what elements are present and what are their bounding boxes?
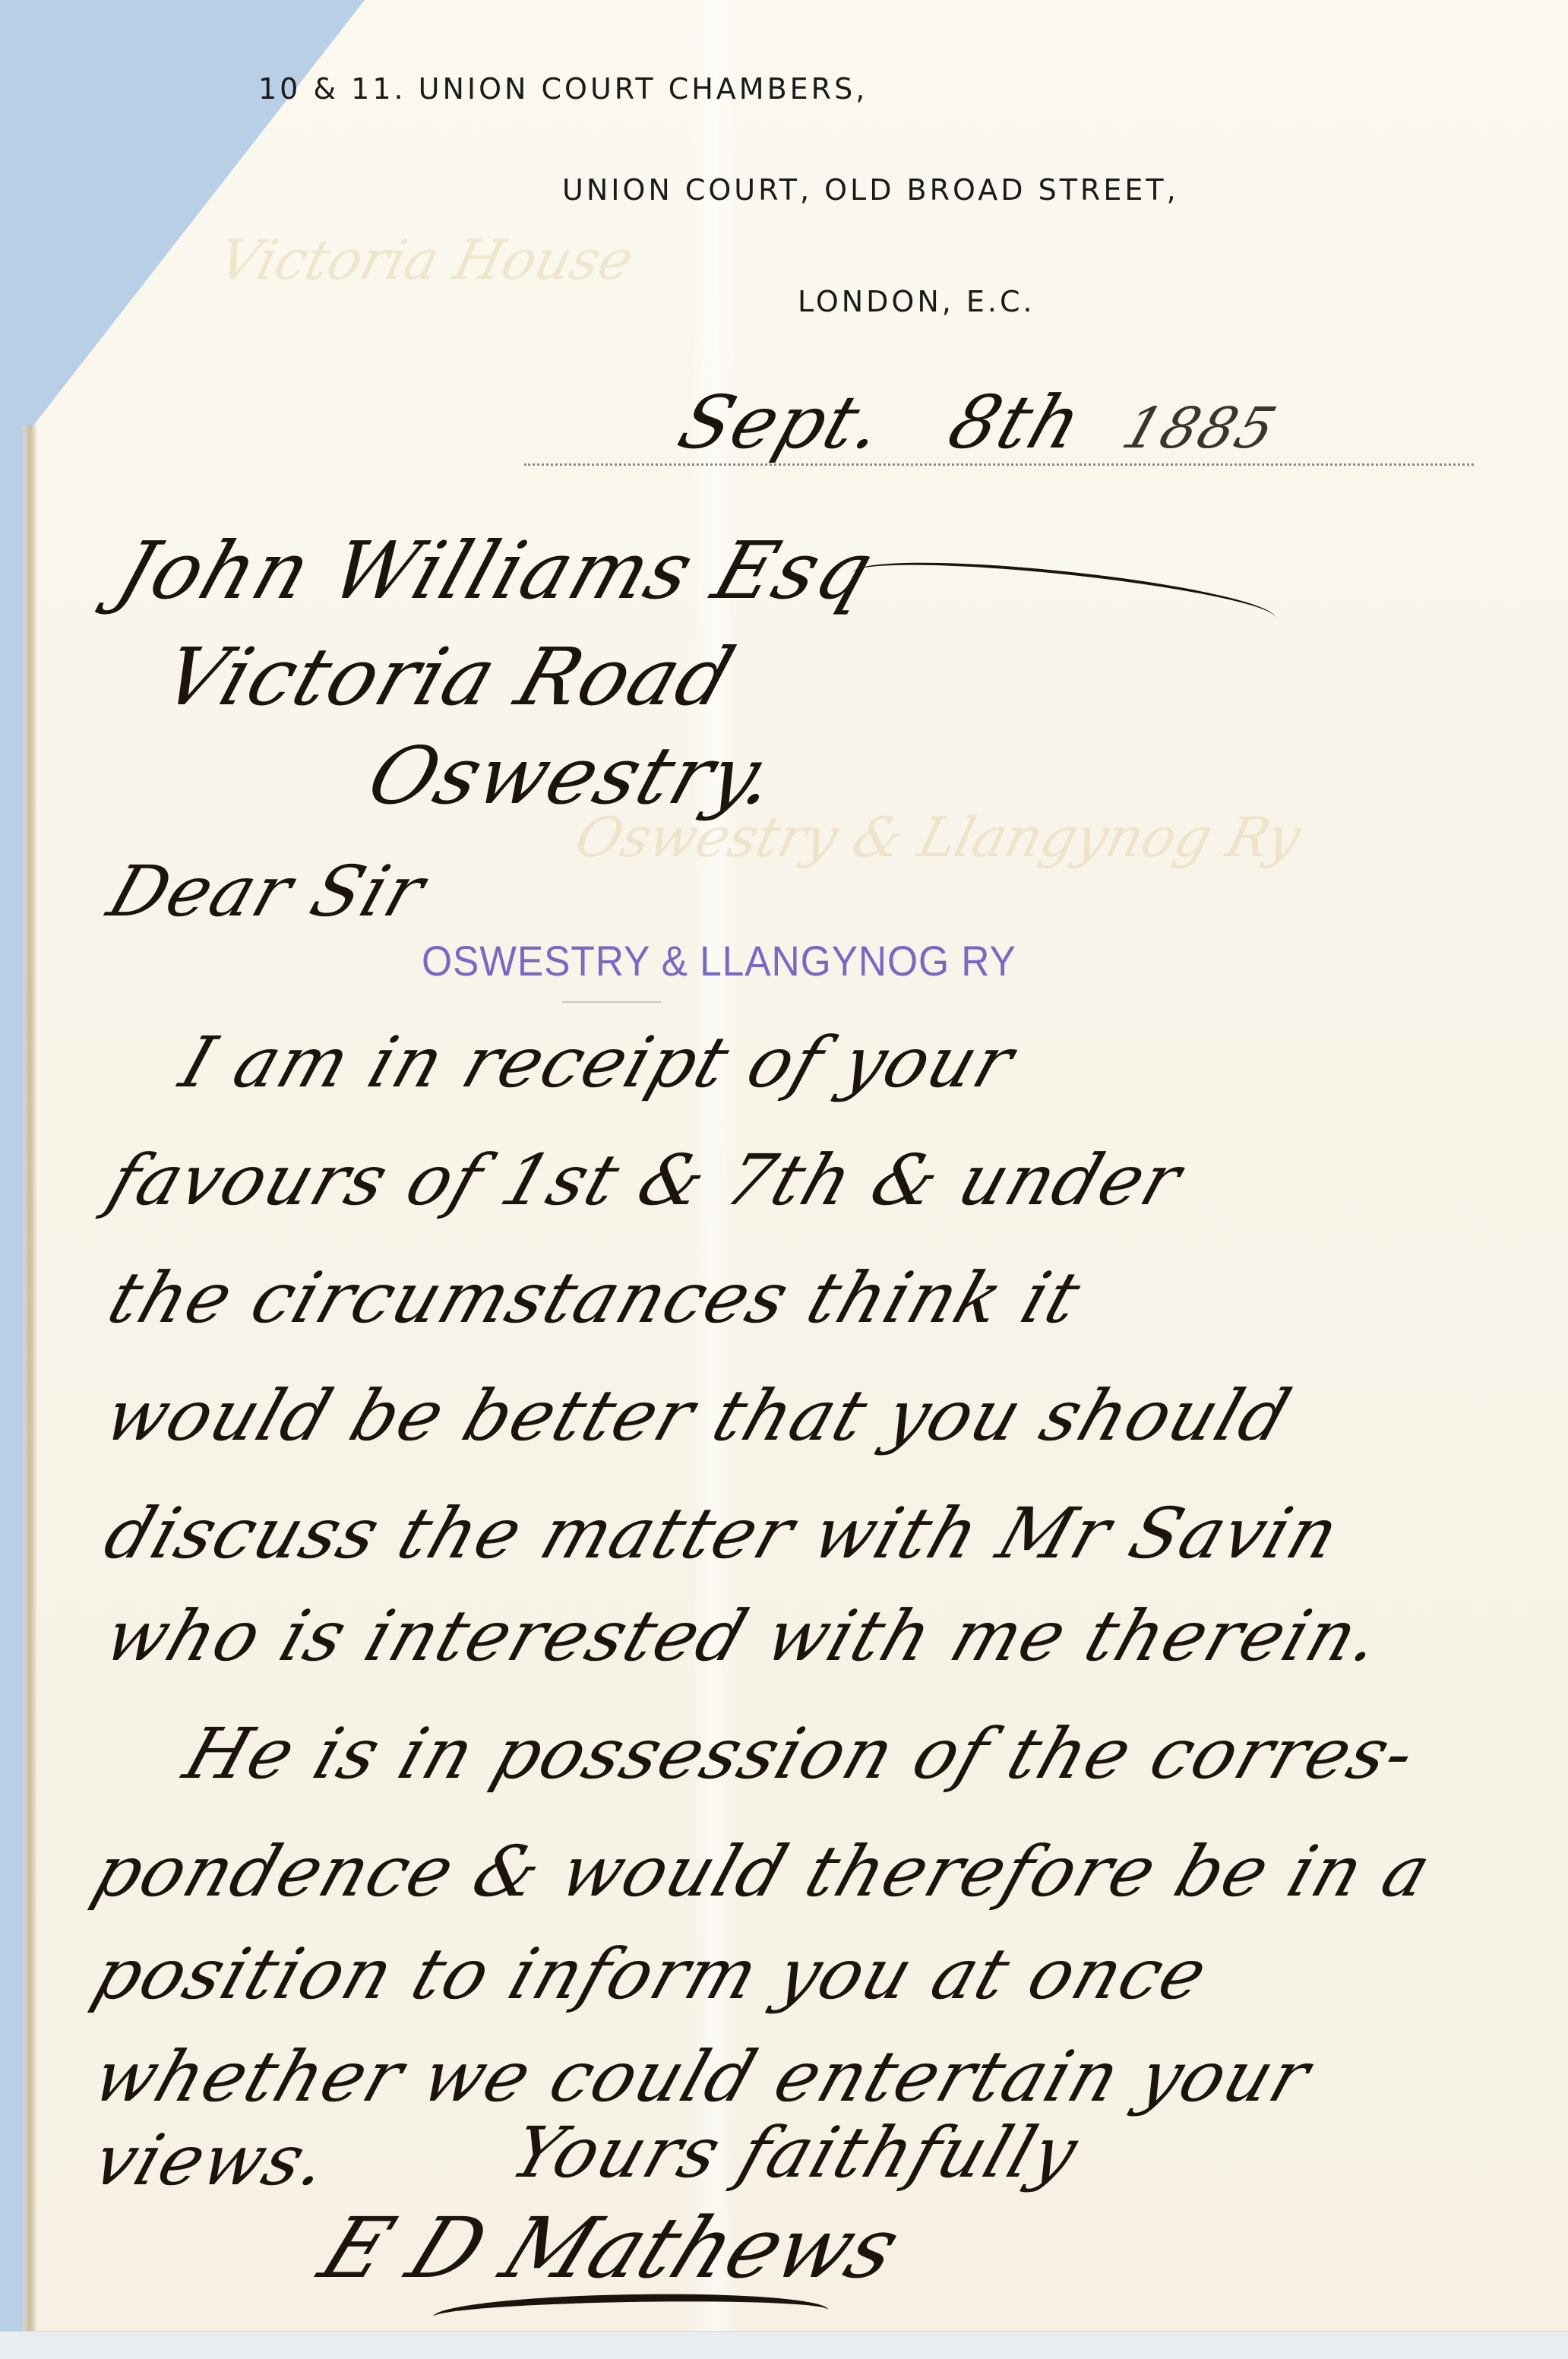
- letterhead-line-2: UNION COURT, OLD BROAD STREET,: [562, 173, 1179, 207]
- letterhead-line-3: LONDON, E.C.: [798, 285, 1035, 318]
- body-line: favours of 1st & 7th & under: [99, 1140, 1192, 1221]
- body-line: whether we could entertain your: [84, 2036, 1321, 2117]
- letter-date: Sept. 8th 1885: [669, 380, 1290, 465]
- reverse-show-through-text: Victoria House: [213, 228, 640, 292]
- recipient-name: John Williams Esq: [106, 524, 886, 617]
- date-dotted-rule: [524, 463, 1474, 466]
- signature: E D Mathews: [307, 2199, 914, 2297]
- recipient-town: Oswestry.: [357, 729, 790, 822]
- body-line: who is interested with me therein.: [95, 1595, 1393, 1677]
- date-day: 8th: [939, 380, 1094, 465]
- date-year: 1885: [1114, 396, 1285, 461]
- body-line: He is in possession of the corres-: [175, 1713, 1427, 1795]
- recipient-street: Victoria Road: [152, 631, 746, 723]
- body-line: I am in receipt of your: [171, 1022, 1025, 1103]
- paper-binding-edge: [23, 425, 36, 2332]
- body-line: views.: [84, 2120, 340, 2201]
- stamp-underline: [562, 1001, 661, 1003]
- body-line: would be better that you should: [95, 1375, 1301, 1456]
- salutation: Dear Sir: [99, 851, 435, 932]
- railway-rubber-stamp: OSWESTRY & LLANGYNOG RY: [422, 936, 1016, 985]
- body-line: position to inform you at once: [84, 1934, 1219, 2015]
- underlying-sheet: [0, 2331, 1568, 2359]
- date-month: Sept.: [669, 380, 896, 465]
- body-line: discuss the matter with Mr Savin: [95, 1493, 1350, 1574]
- closing: Yours faithfully: [501, 2112, 1089, 2193]
- letterhead-line-1: 10 & 11. UNION COURT CHAMBERS,: [258, 72, 868, 106]
- body-line: the circumstances think it: [99, 1257, 1092, 1339]
- body-line: pondence & would therefore be in a: [84, 1831, 1442, 1912]
